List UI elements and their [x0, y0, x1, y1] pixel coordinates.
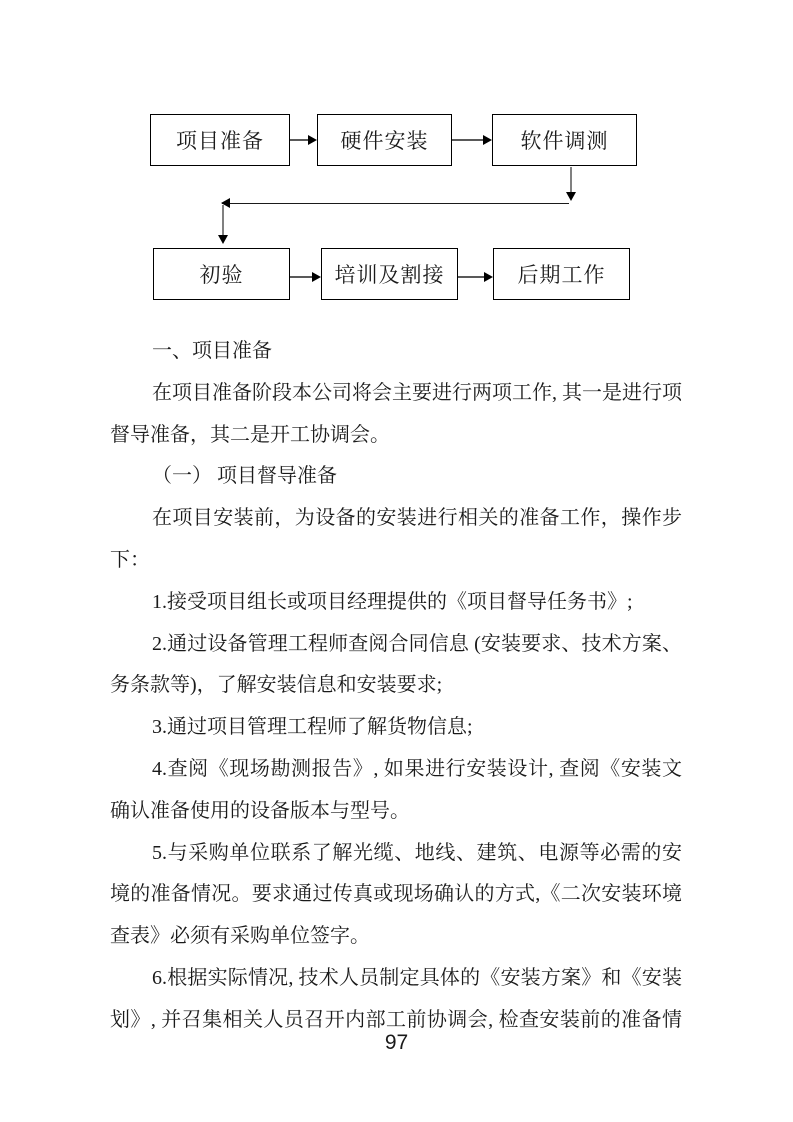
- text-line: 下：: [110, 540, 682, 582]
- text-line: 确认准备使用的设备版本与型号。: [110, 791, 682, 833]
- text-line: 务条款等)，了解安装信息和安装要求;: [110, 665, 682, 707]
- flow-node-label: 后期工作: [518, 259, 606, 289]
- arrow-down-icon: [222, 205, 224, 242]
- text-line: 2.通过设备管理工程师查阅合同信息 (安装要求、技术方案、服: [110, 624, 682, 666]
- arrow-right-icon: [458, 276, 491, 278]
- text-line: 在项目准备阶段本公司将会主要进行两项工作, 其一是进行项目: [110, 373, 682, 415]
- text-block: 一、项目准备在项目准备阶段本公司将会主要进行两项工作, 其一是进行项目督导准备，…: [110, 331, 682, 1042]
- flow-node-label: 培训及割接: [335, 259, 445, 289]
- text-line: （一） 项目督导准备: [110, 456, 682, 498]
- arrow-left-connector: [222, 203, 569, 204]
- text-line: 一、项目准备: [110, 331, 682, 373]
- text-line: 1.接受项目组长或项目经理提供的《项目督导任务书》;: [110, 582, 682, 624]
- flow-node-initial-acceptance: 初验: [153, 248, 290, 300]
- text-line: 境的准备情况。要求通过传真或现场确认的方式,《二次安装环境检: [110, 874, 682, 916]
- arrow-right-icon: [290, 276, 319, 278]
- document-page: { "page": { "number": "97", "background_…: [0, 0, 793, 1122]
- text-line: 4.查阅《现场勘测报告》, 如果进行安装设计, 查阅《安装文件》,: [110, 749, 682, 791]
- flow-node-training-cutover: 培训及割接: [321, 248, 458, 300]
- arrow-right-icon: [290, 139, 315, 141]
- text-line: 3.通过项目管理工程师了解货物信息;: [110, 707, 682, 749]
- flow-node-project-preparation: 项目准备: [150, 114, 290, 166]
- text-line: 查表》必须有采购单位签字。: [110, 916, 682, 958]
- text-line: 督导准备，其二是开工协调会。: [110, 415, 682, 457]
- arrow-right-icon: [452, 139, 490, 141]
- flow-node-software-debug: 软件调测: [492, 114, 637, 166]
- flow-node-label: 软件调测: [521, 125, 609, 155]
- text-line: 5.与采购单位联系了解光缆、地线、建筑、电源等必需的安装环: [110, 833, 682, 875]
- flow-node-label: 初验: [200, 259, 244, 289]
- text-line: 在项目安装前，为设备的安装进行相关的准备工作，操作步骤如: [110, 498, 682, 540]
- page-number: 97: [0, 1031, 793, 1055]
- text-line: 6.根据实际情况, 技术人员制定具体的《安装方案》和《安装策: [110, 958, 682, 1000]
- flow-node-label: 项目准备: [176, 125, 264, 155]
- flow-node-label: 硬件安装: [341, 125, 429, 155]
- flow-node-hardware-install: 硬件安装: [317, 114, 452, 166]
- flow-node-later-work: 后期工作: [493, 248, 630, 300]
- arrow-down-icon: [570, 167, 572, 199]
